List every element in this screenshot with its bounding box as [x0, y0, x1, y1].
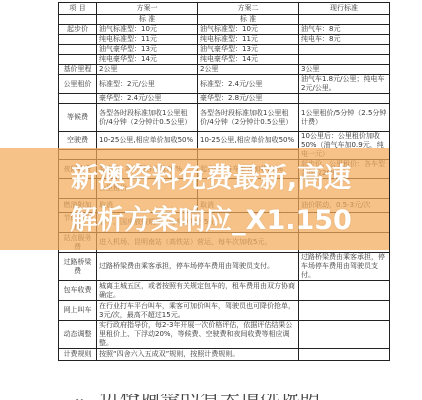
header-plan-2: 方案二: [198, 3, 299, 15]
table-cell: 油气豪华型：13元: [198, 45, 299, 55]
table-row: 过路桥梁费 过路桥梁费由乘客承担，停车场停车费用由驾驶员支付。 过路桥梁费由乘客…: [59, 253, 390, 281]
table-cell: 各型各时段标准加收1公里租价/4分钟（2分钟计0.5公里）: [198, 104, 299, 132]
table-row: 等候费 各型各时段标准加收1公里租价/4分钟（2分钟计0.5公里） 各型各时段标…: [59, 104, 390, 132]
table-subheader-row: 标 准 标 准: [59, 15, 390, 25]
row-label: 计费规则: [59, 349, 97, 361]
watermark-text-line-2: 解析方案响应_X1.150: [0, 206, 422, 236]
table-cell: [299, 55, 390, 65]
table-cell: 油气豪华型：13元: [97, 45, 198, 55]
row-label: 基价里程: [59, 65, 97, 75]
table-cell-merged: 在行业打车平台叫车，乘客可加价叫车，驾驶员也可降价抢单，3元/次，最高不超过15…: [97, 301, 299, 321]
table-row: 计费规则 按照“四舍六入五成双”规则，按照计费规则。: [59, 349, 390, 361]
table-cell-merged: 过路桥梁费由乘客承担，停车场停车费用由驾驶员支付。: [97, 253, 299, 281]
footer-heading-text: 二、价格调整的有关情况说明: [60, 394, 360, 400]
table-cell: 纯电豪华型：14元: [198, 55, 299, 65]
table-cell: [299, 281, 390, 301]
table-cell: [299, 349, 390, 361]
table-cell: [299, 301, 390, 321]
table-cell: 油气标准型：10元: [97, 25, 198, 35]
table-cell: 1公里租价/5分钟（2.5分钟计费）: [299, 104, 390, 132]
table-cell: 2公里: [198, 65, 299, 75]
table-row: 基价里程 2公里 2公里 3公里: [59, 65, 390, 75]
subheader-cell: 标 准: [97, 15, 198, 25]
table-cell: 纯电标准型：11元: [97, 35, 198, 45]
table-row: 油气豪华型：13元 油气豪华型：13元: [59, 45, 390, 55]
table-cell: [299, 94, 390, 104]
table-cell: 纯电豪华型：14元: [97, 55, 198, 65]
table-row: 空驶费 10-25公里,相应单价加收50% 10-25公里,相应单价加收50% …: [59, 132, 390, 150]
row-label: 起步价: [59, 25, 97, 35]
table-cell: 纯电标准型：11元: [198, 35, 299, 45]
table-cell: 油气车：8元: [299, 25, 390, 35]
row-label: [59, 35, 97, 45]
subheader-cell: [299, 15, 390, 25]
table-cell: 3公里: [299, 65, 390, 75]
row-label: 等候费: [59, 104, 97, 132]
row-label: 空驶费: [59, 132, 97, 150]
table-cell: 过路桥梁费由乘客承担，停车场停车费用由驾驶员支付。: [299, 253, 390, 281]
table-cell: 油气标准型：10元: [198, 25, 299, 35]
table-cell: 2公里: [97, 65, 198, 75]
table-cell: 标准型：2元/公里: [97, 75, 198, 94]
table-cell: 各型各时段标准加收1公里租价/4分钟（2分钟计0.5公里）: [97, 104, 198, 132]
row-label: 包车收费: [59, 281, 97, 301]
table-cell: 标准型：2.4元/公里: [198, 75, 299, 94]
table-cell: [299, 321, 390, 349]
table-cell-merged: 城离主城五区，或者按照有关规定包车的，租车费用由双方协商确定。: [97, 281, 299, 301]
row-label: 动态调整: [59, 321, 97, 349]
table-cell-merged: 按照“四舍六入五成双”规则，按照计费规则。: [97, 349, 299, 361]
header-plan-1: 方案一: [97, 3, 198, 15]
table-cell: 10-25公里,相应单价加收50%: [97, 132, 198, 150]
table-row: 纯电豪华型：14元 纯电豪华型：14元: [59, 55, 390, 65]
row-label: 公里租价: [59, 75, 97, 94]
table-row: 公里租价 标准型：2元/公里 标准型：2.4元/公里 油气车1.8元/公里；纯电…: [59, 75, 390, 94]
table-row: 纯电标准型：11元 纯电标准型：11元 纯电车：8元: [59, 35, 390, 45]
row-label: 过路桥梁费: [59, 253, 97, 281]
footer-heading-fragment: 二、价格调整的有关情况说明: [60, 394, 360, 400]
header-item: 项 目: [59, 3, 97, 15]
table-cell-merged: 实行政府指导价，每2-3年开展一次价格评估，依据评估结果公里租价上、下浮动20%…: [97, 321, 299, 349]
subheader-cell: [59, 15, 97, 25]
table-cell: 10-25公里,相应单价加收50%: [198, 132, 299, 150]
header-current: 现行标准: [299, 3, 390, 15]
subheader-cell: 标 准: [198, 15, 299, 25]
row-label: [59, 55, 97, 65]
row-label: 网上叫车: [59, 301, 97, 321]
row-label: [59, 94, 97, 104]
table-row: 起步价 油气标准型：10元 油气标准型：10元 油气车：8元: [59, 25, 390, 35]
table-cell: 油气车1.8元/公里；纯电车2元/公里。: [299, 75, 390, 94]
table-cell: 豪华型：2.4元/公里: [97, 94, 198, 104]
table-header-row: 项 目 方案一 方案二 现行标准: [59, 3, 390, 15]
table-row: 豪华型：2.4元/公里 豪华型：2.8元/公里: [59, 94, 390, 104]
table-row: 网上叫车 在行业打车平台叫车，乘客可加价叫车，驾驶员也可降价抢单，3元/次，最高…: [59, 301, 390, 321]
table-cell: 纯电车：8元: [299, 35, 390, 45]
row-label: [59, 45, 97, 55]
table-row: 包车收费 城离主城五区，或者按照有关规定包车的，租车费用由双方协商确定。: [59, 281, 390, 301]
table-cell: [299, 45, 390, 55]
table-cell: 豪华型：2.8元/公里: [198, 94, 299, 104]
watermark-text-line-1: 新澳资料免费最新,高速: [0, 164, 422, 194]
table-row: 动态调整 实行政府指导价，每2-3年开展一次价格评估，依据评估结果公里租价上、下…: [59, 321, 390, 349]
